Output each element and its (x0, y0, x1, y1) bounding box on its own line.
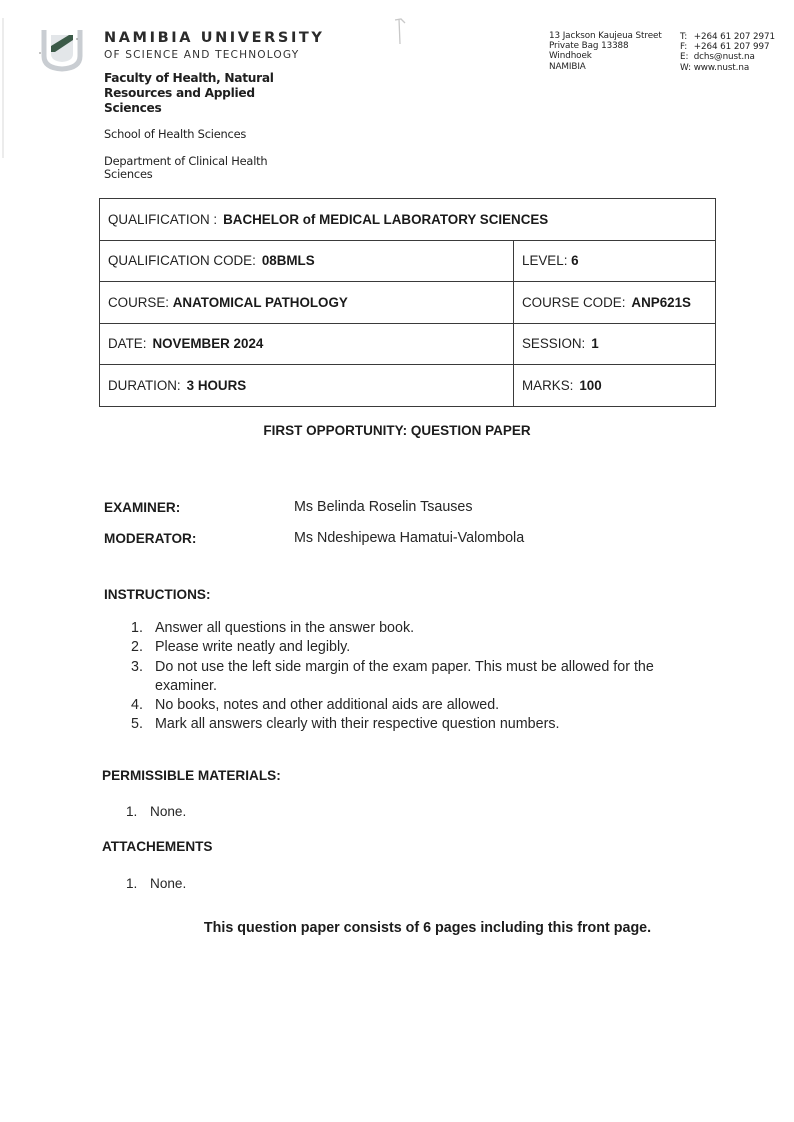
duration-value: 3 HOURS (187, 378, 247, 393)
instructions-list: 1.Answer all questions in the answer boo… (131, 619, 711, 735)
contact-label: E: (680, 52, 691, 62)
qualification-value: BACHELOR of MEDICAL LABORATORY SCIENCES (223, 212, 548, 227)
contact-label: F: (680, 42, 691, 52)
item-text: None. (150, 876, 186, 891)
department-name: Department of Clinical Health Sciences (104, 155, 284, 181)
list-item: 4.No books, notes and other additional a… (131, 696, 711, 715)
qualification-code-cell: QUALIFICATION CODE:08BMLS (100, 240, 514, 282)
website-value[interactable]: www.nust.na (694, 63, 749, 73)
scan-margin-line (2, 18, 4, 158)
item-number: 3. (131, 658, 143, 677)
date-value: NOVEMBER 2024 (152, 336, 263, 351)
contact-website: W: www.nust.na (680, 63, 775, 73)
phone-value: +264 61 207 2971 (694, 32, 775, 42)
scan-artifact-mark (393, 16, 407, 46)
email-value[interactable]: dchs@nust.na (694, 52, 755, 62)
course-code-cell: COURSE CODE:ANP621S (514, 282, 716, 324)
list-item: 3.Do not use the left side margin of the… (131, 658, 711, 697)
contact-label: T: (680, 32, 691, 42)
qualification-cell: QUALIFICATION :BACHELOR of MEDICAL LABOR… (100, 199, 716, 241)
address-line: 13 Jackson Kaujeua Street (549, 31, 662, 41)
level-label: LEVEL: (522, 253, 567, 268)
contact-email: E: dchs@nust.na (680, 52, 775, 62)
paper-type-heading: FIRST OPPORTUNITY: QUESTION PAPER (0, 423, 794, 438)
item-number: 2. (131, 638, 143, 657)
course-code-label: COURSE CODE: (522, 295, 625, 310)
level-cell: LEVEL: 6 (514, 240, 716, 282)
level-value: 6 (571, 253, 578, 268)
list-item: 2.Please write neatly and legibly. (131, 638, 711, 657)
list-item: 1.Answer all questions in the answer boo… (131, 619, 711, 638)
list-item: 1.None. (126, 804, 186, 819)
item-text: Do not use the left side margin of the e… (155, 659, 654, 694)
course-cell: COURSE: ANATOMICAL PATHOLOGY (100, 282, 514, 324)
address-line: NAMIBIA (549, 62, 662, 72)
examiner-name: Ms Belinda Roselin Tsauses (294, 499, 473, 515)
university-subtitle: OF SCIENCE AND TECHNOLOGY (104, 49, 299, 62)
marks-value: 100 (579, 378, 601, 393)
table-row: DATE:NOVEMBER 2024 SESSION:1 (100, 323, 716, 365)
moderator-label: MODERATOR: (104, 531, 196, 546)
item-number: 1. (126, 876, 150, 891)
item-text: No books, notes and other additional aid… (155, 697, 499, 713)
permissible-materials-heading: PERMISSIBLE MATERIALS: (102, 768, 281, 783)
exam-info-table: QUALIFICATION :BACHELOR of MEDICAL LABOR… (99, 198, 716, 407)
address-line: Windhoek (549, 51, 662, 61)
university-name: NAMIBIA UNIVERSITY (104, 30, 325, 47)
item-number: 1. (131, 619, 143, 638)
session-value: 1 (591, 336, 598, 351)
contact-fax: F: +264 61 207 997 (680, 42, 775, 52)
postal-address: 13 Jackson Kaujeua Street Private Bag 13… (549, 31, 662, 72)
item-text: Mark all answers clearly with their resp… (155, 716, 559, 732)
item-number: 1. (126, 804, 150, 819)
item-text: Please write neatly and legibly. (155, 639, 350, 655)
date-label: DATE: (108, 336, 146, 351)
qualification-label: QUALIFICATION : (108, 212, 217, 227)
list-item: 1.None. (126, 876, 186, 891)
course-label: COURSE: (108, 295, 169, 310)
duration-cell: DURATION:3 HOURS (100, 365, 514, 407)
contact-details: T: +264 61 207 2971 F: +264 61 207 997 E… (680, 32, 775, 73)
course-code-value: ANP621S (631, 295, 691, 310)
item-text: None. (150, 804, 186, 819)
session-label: SESSION: (522, 336, 585, 351)
contact-phone: T: +264 61 207 2971 (680, 32, 775, 42)
marks-cell: MARKS:100 (514, 365, 716, 407)
date-cell: DATE:NOVEMBER 2024 (100, 323, 514, 365)
contact-label: W: (680, 63, 691, 73)
qualification-code-label: QUALIFICATION CODE: (108, 253, 256, 268)
table-row: QUALIFICATION CODE:08BMLS LEVEL: 6 (100, 240, 716, 282)
list-item: 5.Mark all answers clearly with their re… (131, 715, 711, 734)
duration-label: DURATION: (108, 378, 181, 393)
instructions-heading: INSTRUCTIONS: (104, 587, 210, 602)
moderator-name: Ms Ndeshipewa Hamatui-Valombola (294, 530, 524, 546)
qualification-code-value: 08BMLS (262, 253, 315, 268)
marks-label: MARKS: (522, 378, 573, 393)
item-number: 4. (131, 696, 143, 715)
session-cell: SESSION:1 (514, 323, 716, 365)
table-row: DURATION:3 HOURS MARKS:100 (100, 365, 716, 407)
item-text: Answer all questions in the answer book. (155, 620, 414, 636)
page-count-note: This question paper consists of 6 pages … (0, 920, 794, 936)
item-number: 5. (131, 715, 143, 734)
fax-value: +264 61 207 997 (694, 42, 770, 52)
course-value: ANATOMICAL PATHOLOGY (173, 295, 348, 310)
nust-shield-logo-icon (38, 26, 86, 72)
school-name: School of Health Sciences (104, 127, 246, 141)
faculty-name: Faculty of Health, Natural Resources and… (104, 71, 304, 116)
table-row: COURSE: ANATOMICAL PATHOLOGY COURSE CODE… (100, 282, 716, 324)
examiner-label: EXAMINER: (104, 500, 180, 515)
attachments-heading: ATTACHEMENTS (102, 839, 213, 854)
address-line: Private Bag 13388 (549, 41, 662, 51)
table-row: QUALIFICATION :BACHELOR of MEDICAL LABOR… (100, 199, 716, 241)
